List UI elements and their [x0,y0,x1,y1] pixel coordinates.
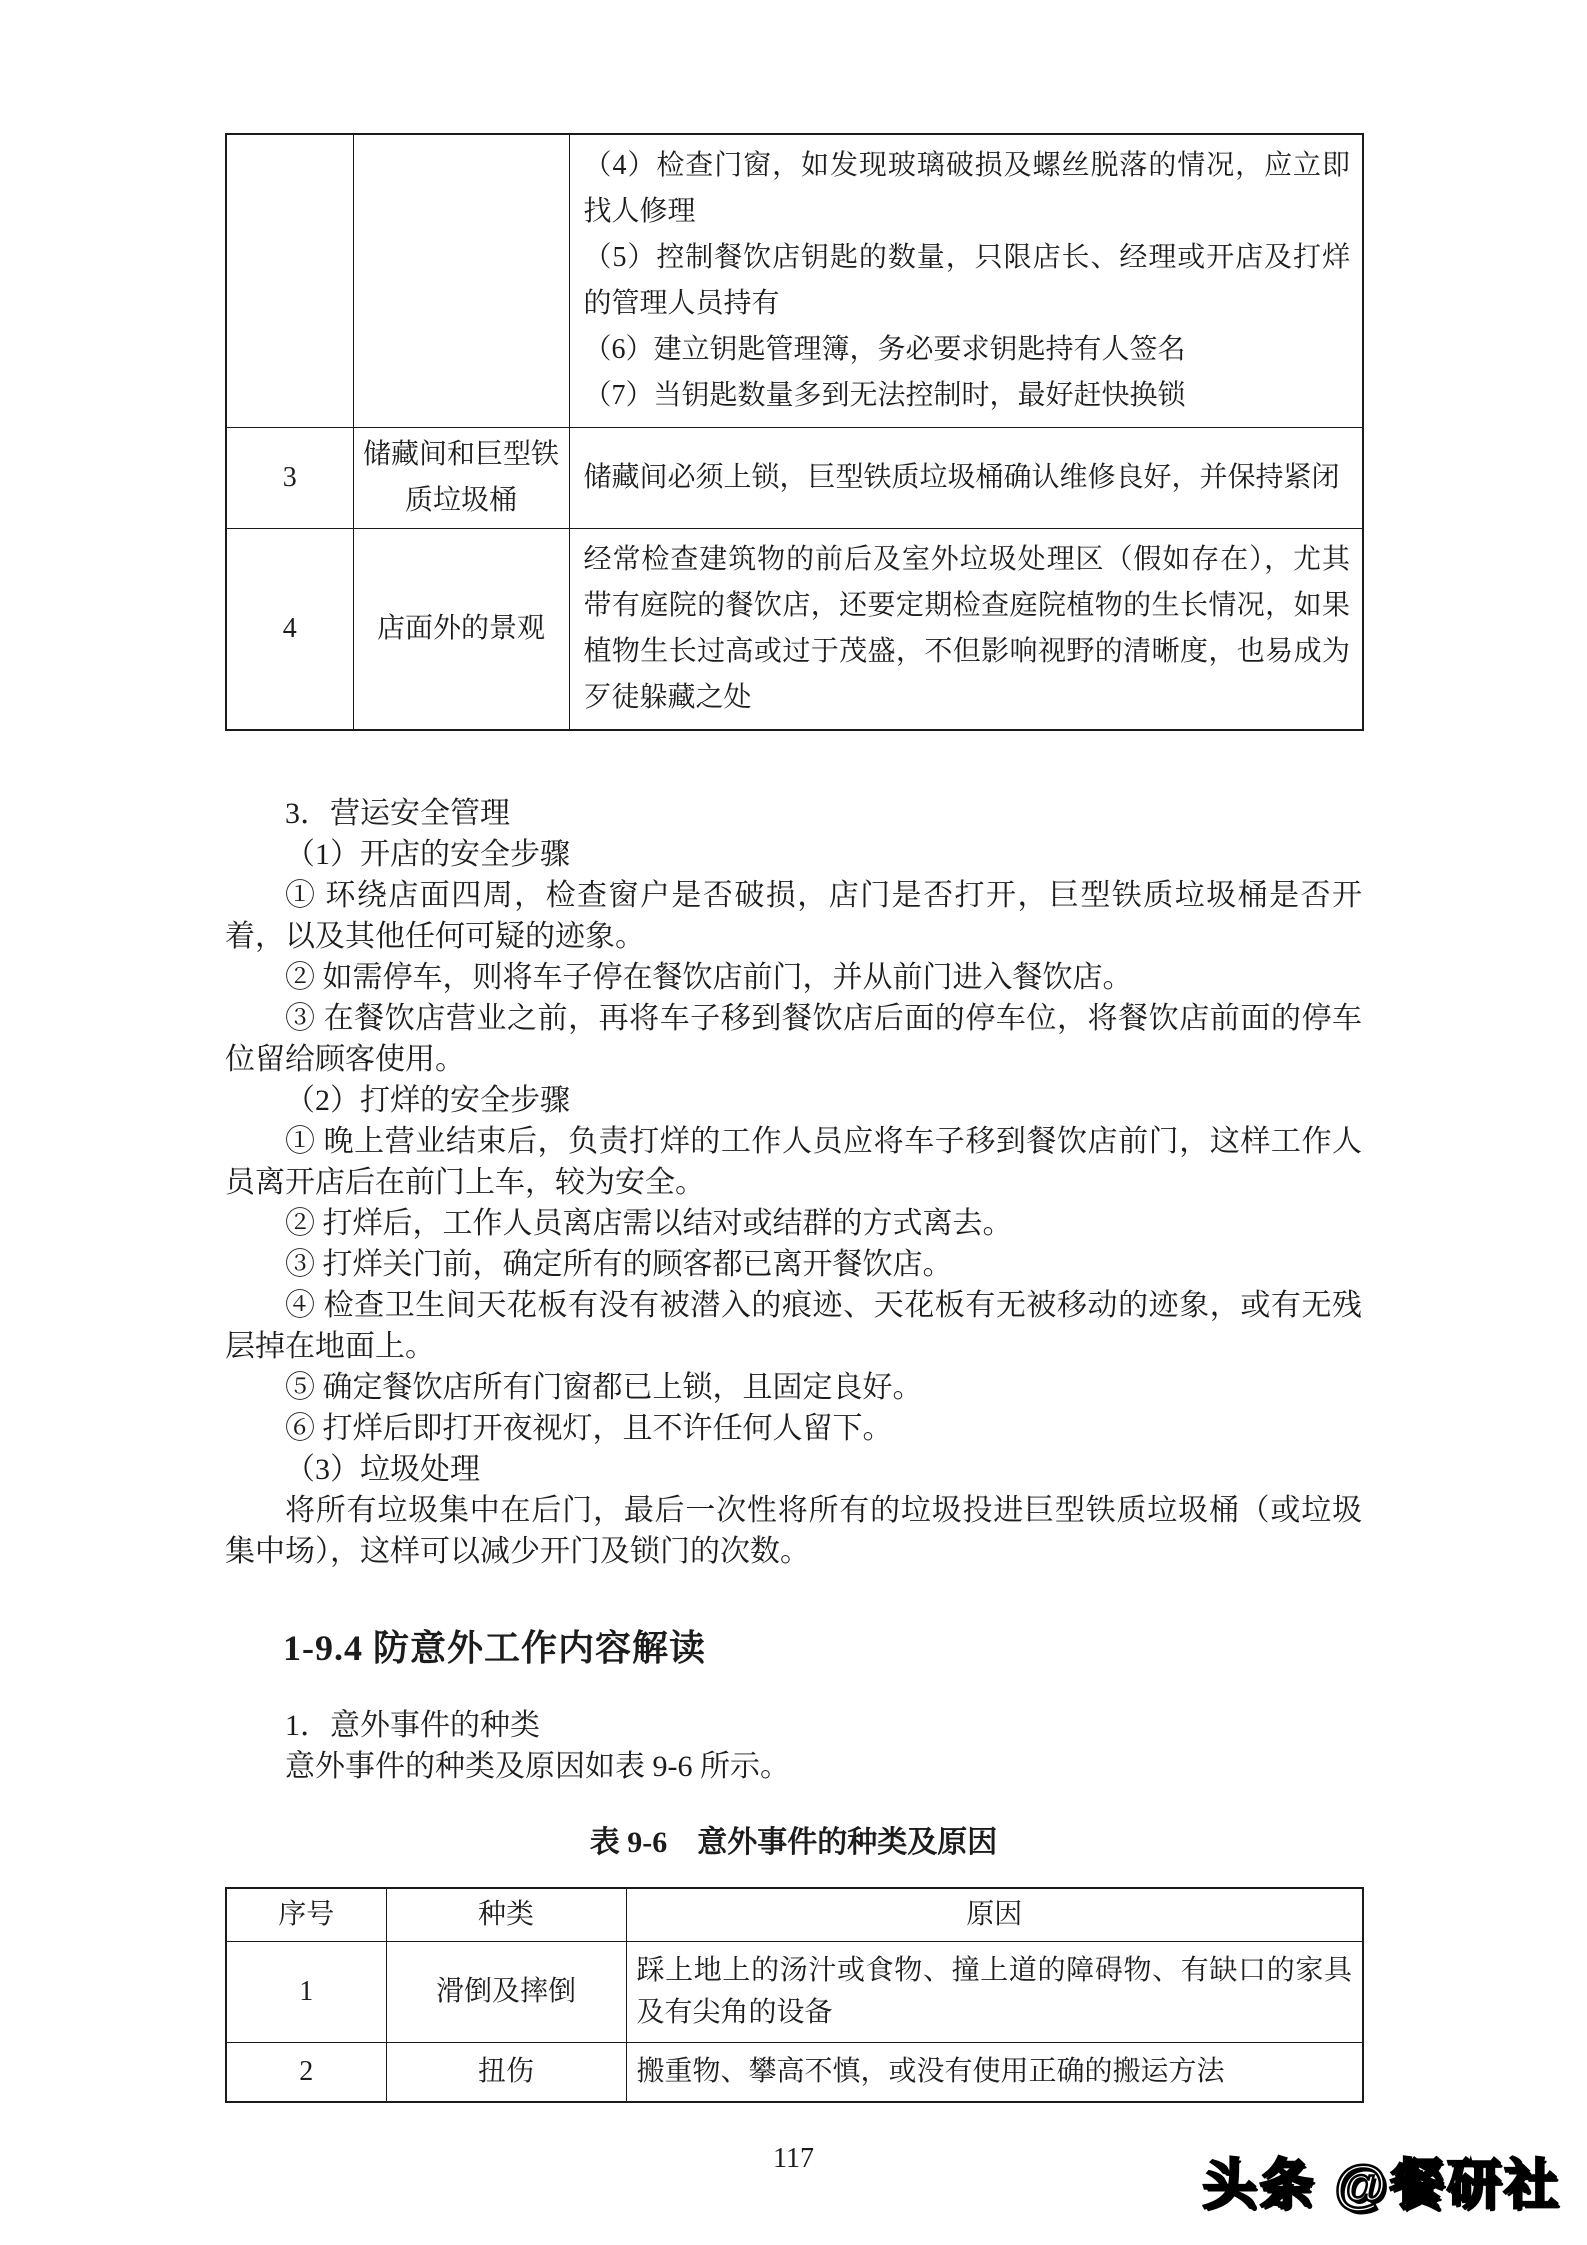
header-row: 序号 种类 原因 [226,1888,1363,1942]
detail-cell: 储藏间必须上锁，巨型铁质垃圾桶确认维修良好，并保持紧闭 [569,428,1363,529]
table-row: 4 店面外的景观 经常检查建筑物的前后及室外垃圾处理区（假如存在），尤其带有庭院… [226,529,1363,731]
page-number: 117 [225,2143,1362,2175]
row-number-cell: 2 [226,2043,386,2103]
cause-cell: 搬重物、攀高不慎，或没有使用正确的搬运方法 [626,2043,1363,2103]
table-row: 3 储藏间和巨型铁质垃圾桶 储藏间必须上锁，巨型铁质垃圾桶确认维修良好，并保持紧… [226,428,1363,529]
table-row: 2 扭伤 搬重物、攀高不慎，或没有使用正确的搬运方法 [226,2043,1363,2103]
header-cause: 原因 [626,1888,1363,1942]
detail-cell: （4）检查门窗，如发现玻璃破损及螺丝脱落的情况，应立即找人修理 （5）控制餐饮店… [569,134,1363,428]
detail-cell: 经常检查建筑物的前后及室外垃圾处理区（假如存在），尤其带有庭院的餐饮店，还要定期… [569,529,1363,731]
document-page: （4）检查门窗，如发现玻璃破损及螺丝脱落的情况，应立即找人修理 （5）控制餐饮店… [0,0,1587,2245]
paragraph: 将所有垃圾集中在后门，最后一次性将所有的垃圾投进巨型铁质垃圾桶（或垃圾集中场），… [225,1490,1362,1572]
category-cell: 店面外的景观 [353,529,569,731]
row-number-cell [226,134,353,428]
paragraph: ④ 检查卫生间天花板有没有被潜入的痕迹、天花板有无被移动的迹象，或有无残层掉在地… [225,1285,1362,1367]
table-row: 1 滑倒及摔倒 踩上地上的汤汁或食物、撞上道的障碍物、有缺口的家具及有尖角的设备 [226,1942,1363,2043]
watermark: 头条 @餐研社 [1202,2142,1561,2219]
paragraph: 意外事件的种类及原因如表 9-6 所示。 [225,1746,1362,1787]
paragraph: ① 晚上营业结束后，负责打烊的工作人员应将车子移到餐饮店前门，这样工作人员离开店… [225,1121,1362,1203]
row-number-cell: 3 [226,428,353,529]
paragraph: ⑥ 打烊后即打开夜视灯，且不许任何人留下。 [225,1408,1362,1449]
paragraph: ③ 打烊关门前，确定所有的顾客都已离开餐饮店。 [225,1244,1362,1285]
paragraph: 3．营运安全管理 [225,793,1362,834]
accident-types-table-body: 1 滑倒及摔倒 踩上地上的汤汁或食物、撞上道的障碍物、有缺口的家具及有尖角的设备… [226,1942,1363,2103]
cause-cell: 踩上地上的汤汁或食物、撞上道的障碍物、有缺口的家具及有尖角的设备 [626,1942,1363,2043]
category-cell: 储藏间和巨型铁质垃圾桶 [353,428,569,529]
content-column: （4）检查门窗，如发现玻璃破损及螺丝脱落的情况，应立即找人修理 （5）控制餐饮店… [225,0,1362,2175]
paragraph: ① 环绕店面四周，检查窗户是否破损，店门是否打开，巨型铁质垃圾桶是否开着，以及其… [225,875,1362,957]
paragraph: ⑤ 确定餐饮店所有门窗都已上锁，且固定良好。 [225,1367,1362,1408]
accident-types-table-head: 序号 种类 原因 [226,1888,1363,1942]
paragraph: ② 打烊后，工作人员离店需以结对或结群的方式离去。 [225,1203,1362,1244]
section-heading: 1-9.4 防意外工作内容解读 [225,1620,1362,1671]
row-number-cell: 4 [226,529,353,731]
accident-types-table: 序号 种类 原因 1 滑倒及摔倒 踩上地上的汤汁或食物、撞上道的障碍物、有缺口的… [225,1887,1364,2103]
type-cell: 扭伤 [386,2043,626,2103]
header-type: 种类 [386,1888,626,1942]
header-no: 序号 [226,1888,386,1942]
type-cell: 滑倒及摔倒 [386,1942,626,2043]
paragraph: （3）垃圾处理 [225,1449,1362,1490]
security-checklist-table: （4）检查门窗，如发现玻璃破损及螺丝脱落的情况，应立即找人修理 （5）控制餐饮店… [225,133,1364,731]
body-text-block: 3．营运安全管理 （1）开店的安全步骤 ① 环绕店面四周，检查窗户是否破损，店门… [225,793,1362,1572]
paragraph: ③ 在餐饮店营业之前，再将车子移到餐饮店后面的停车位，将餐饮店前面的停车位留给顾… [225,998,1362,1080]
category-cell [353,134,569,428]
paragraph: （2）打烊的安全步骤 [225,1080,1362,1121]
row-number-cell: 1 [226,1942,386,2043]
intro-text-block: 1．意外事件的种类 意外事件的种类及原因如表 9-6 所示。 [225,1705,1362,1787]
table-caption: 表 9-6 意外事件的种类及原因 [225,1817,1362,1861]
security-checklist-table-body: （4）检查门窗，如发现玻璃破损及螺丝脱落的情况，应立即找人修理 （5）控制餐饮店… [226,134,1363,730]
paragraph: （1）开店的安全步骤 [225,834,1362,875]
paragraph: ② 如需停车，则将车子停在餐饮店前门，并从前门进入餐饮店。 [225,957,1362,998]
table-row: （4）检查门窗，如发现玻璃破损及螺丝脱落的情况，应立即找人修理 （5）控制餐饮店… [226,134,1363,428]
paragraph: 1．意外事件的种类 [225,1705,1362,1746]
